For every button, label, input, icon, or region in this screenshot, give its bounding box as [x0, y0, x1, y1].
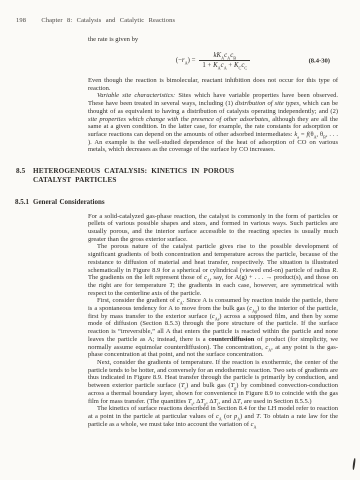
paragraph: Next, consider the gradients of temperat… — [88, 359, 338, 405]
section-title-line2: CATALYST PARTICLES — [33, 176, 234, 185]
equation-lead-in: the rate is given by — [88, 36, 338, 43]
page-number: 198 — [16, 17, 26, 24]
equation-numerator: kKAcAcB — [199, 52, 250, 60]
section-heading: 8.5 HETEROGENEOUS CATALYSIS: KINETICS IN… — [16, 167, 340, 185]
subsection-heading: 8.5.1General Considerations — [15, 198, 360, 206]
equation-fraction: kKAcAcB 1 + KAcA + KCcC — [199, 52, 250, 69]
section-title-line1: HETEROGENEOUS CATALYSIS: KINETICS IN POR… — [33, 167, 234, 176]
equation: (−rA) = kKAcAcB 1 + KAcA + KCcC (8.4-30) — [88, 52, 338, 69]
page-content: the rate is given by (−rA) = kKAcAcB 1 +… — [0, 36, 360, 428]
equation-denominator: 1 + KAcA + KCcC — [199, 60, 250, 69]
paragraph: Variable site characteristics: Sites whi… — [88, 92, 338, 154]
subsection-number: 8.5.1 — [15, 198, 29, 206]
paragraph: Even though the reaction is bimolecular,… — [88, 77, 338, 92]
book-page: 198 Chapter 8: Catalysis and Catalytic R… — [0, 0, 360, 480]
running-header: 198 Chapter 8: Catalysis and Catalytic R… — [16, 17, 340, 24]
subsection-title: General Considerations — [33, 198, 105, 206]
paragraph: The kinetics of surface reactions descri… — [88, 405, 338, 428]
paragraph: First, consider the gradient of cA. Sinc… — [88, 297, 338, 359]
section-title: HETEROGENEOUS CATALYSIS: KINETICS IN POR… — [33, 167, 234, 185]
section-number: 8.5 — [16, 167, 33, 185]
equation-lhs: (−rA) = — [176, 57, 196, 64]
chapter-title: Chapter 8: Catalysis and Catalytic React… — [41, 17, 175, 24]
paragraph: The porous nature of the catalyst partic… — [88, 243, 338, 297]
paragraph: For a solid-catalyzed gas-phase reaction… — [88, 213, 338, 244]
scan-ink-mark — [352, 458, 355, 470]
section-body: For a solid-catalyzed gas-phase reaction… — [88, 213, 338, 429]
equation-number: (8.4-30) — [309, 57, 330, 64]
